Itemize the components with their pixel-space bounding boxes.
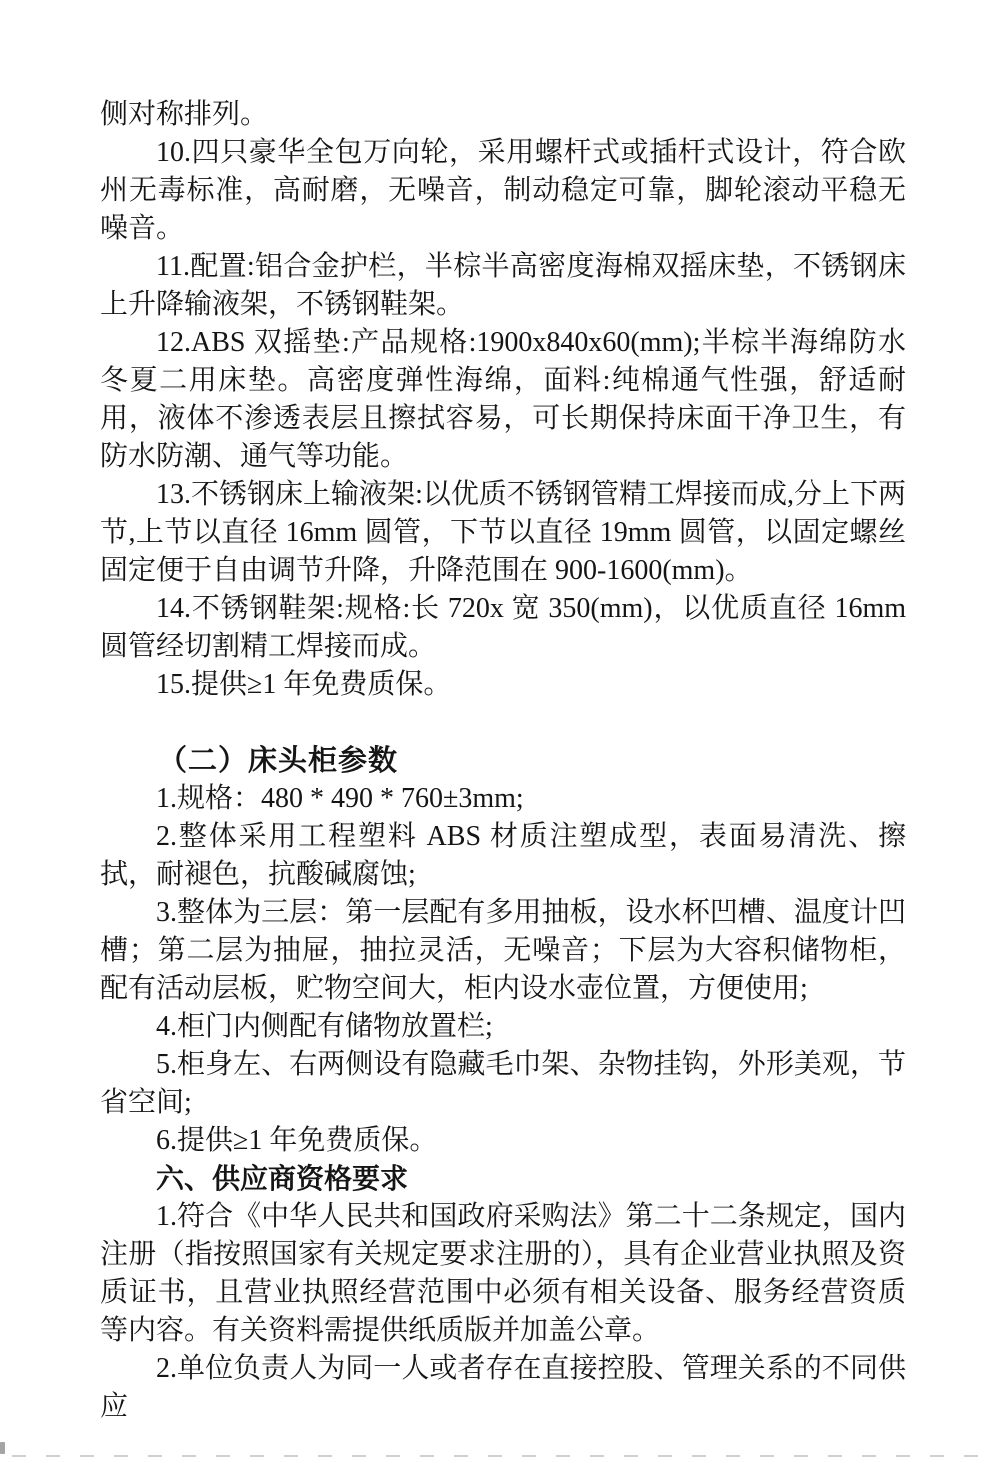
paragraph-supplier-2-same-person: 2.单位负责人为同一人或者存在直接控股、管理关系的不同供应 — [100, 1350, 906, 1426]
paragraph-item-12-abs-mattress: 12.ABS 双摇垫:产品规格:1900x840x60(mm);半棕半海绵防水冬… — [100, 324, 906, 476]
paragraph-continuation: 侧对称排列。 — [100, 96, 906, 134]
document-page: 侧对称排列。 10.四只豪华全包万向轮，采用螺杆式或插杆式设计，符合欧州无毒标准… — [0, 0, 1000, 1460]
paragraph-cabinet-3-layers: 3.整体为三层：第一层配有多用抽板，设水杯凹槽、温度计凹槽；第二层为抽屉，抽拉灵… — [100, 894, 906, 1008]
scan-artifact-mark — [0, 1442, 5, 1454]
paragraph-cabinet-5-side-hooks: 5.柜身左、右两侧设有隐藏毛巾架、杂物挂钩，外形美观，节省空间; — [100, 1046, 906, 1122]
paragraph-item-14-shoe-rack: 14.不锈钢鞋架:规格:长 720x 宽 350(mm)，以优质直径 16mm … — [100, 590, 906, 666]
scan-artifact-line — [12, 1455, 988, 1457]
paragraph-item-15-warranty: 15.提供≥1 年免费质保。 — [100, 666, 906, 704]
paragraph-supplier-1-registration: 1.符合《中华人民共和国政府采购法》第二十二条规定，国内注册（指按照国家有关规定… — [100, 1198, 906, 1350]
paragraph-cabinet-2-material: 2.整体采用工程塑料 ABS 材质注塑成型，表面易清洗、擦拭，耐褪色，抗酸碱腐蚀… — [100, 818, 906, 894]
paragraph-cabinet-4-door-rack: 4.柜门内侧配有储物放置栏; — [100, 1008, 906, 1046]
section-heading-bedside-cabinet-params: （二）床头柜参数 — [100, 742, 906, 780]
paragraph-cabinet-6-warranty: 6.提供≥1 年免费质保。 — [100, 1122, 906, 1160]
blank-line — [100, 704, 906, 742]
paragraph-item-10-casters: 10.四只豪华全包万向轮，采用螺杆式或插杆式设计，符合欧州无毒标准，高耐磨，无噪… — [100, 134, 906, 248]
section-heading-supplier-qualifications: 六、供应商资格要求 — [100, 1160, 906, 1198]
paragraph-cabinet-1-dimensions: 1.规格：480 * 490 * 760±3mm; — [100, 780, 906, 818]
paragraph-item-13-iv-stand: 13.不锈钢床上输液架:以优质不锈钢管精工焊接而成,分上下两节,上节以直径 16… — [100, 476, 906, 590]
paragraph-item-11-configuration: 11.配置:铝合金护栏，半棕半高密度海棉双摇床垫，不锈钢床上升降输液架，不锈钢鞋… — [100, 248, 906, 324]
